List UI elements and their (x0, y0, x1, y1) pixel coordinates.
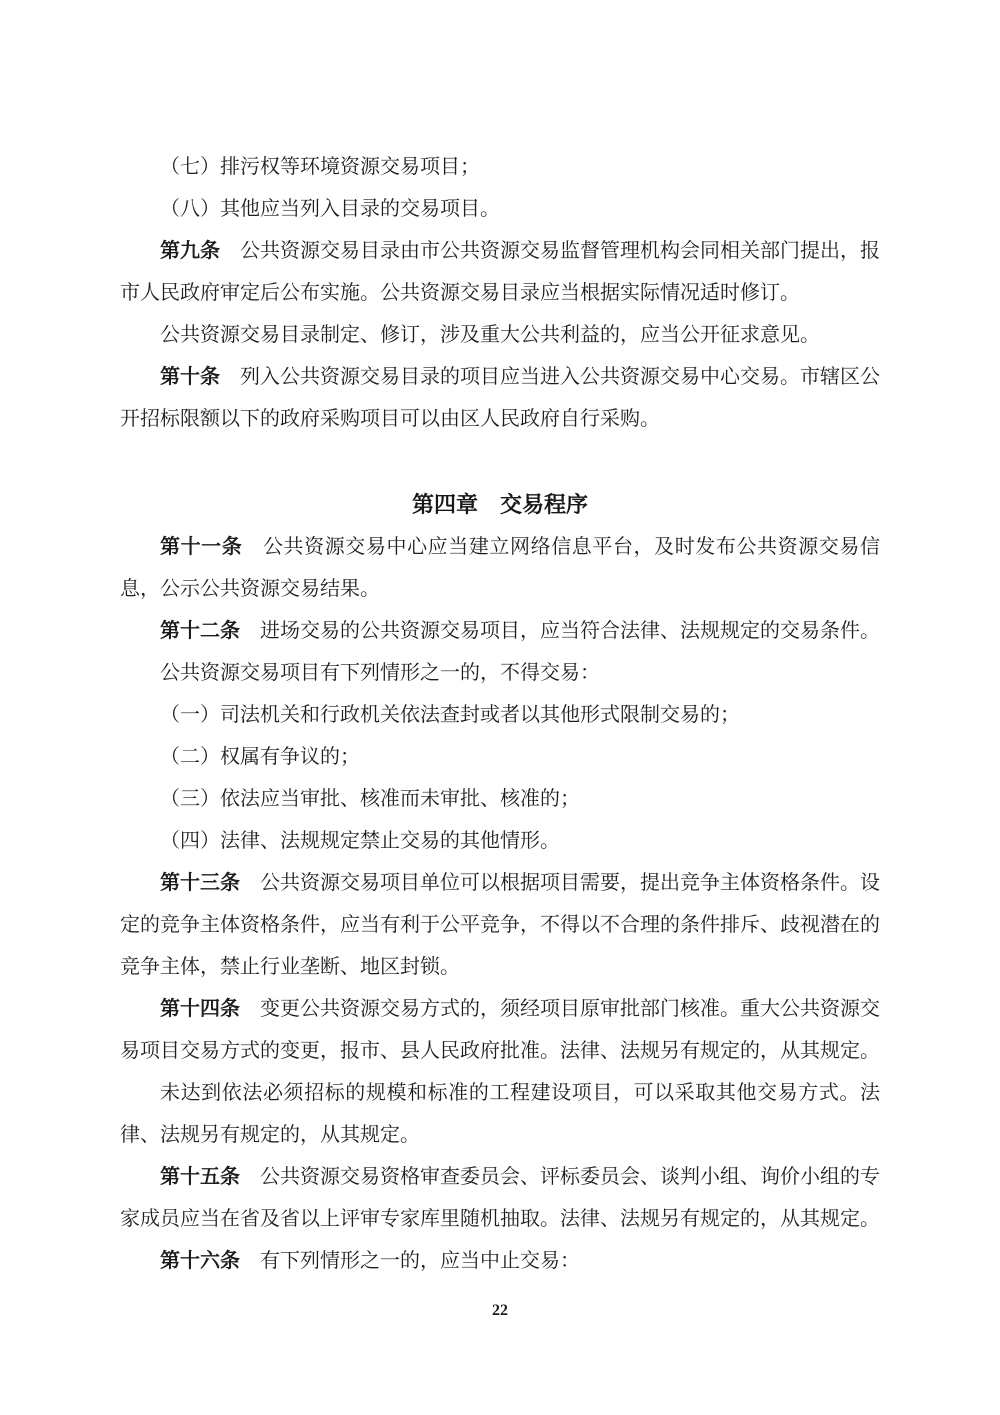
paragraph-text: （一）司法机关和行政机关依法查封或者以其他形式限制交易的； (160, 704, 740, 726)
paragraph: 公共资源交易目录制定、修订，涉及重大公共利益的，应当公开征求意见。 (120, 314, 880, 356)
paragraph-text: （四）法律、法规规定禁止交易的其他情形。 (160, 830, 560, 852)
article-paragraph: 第十三条公共资源交易项目单位可以根据项目需要，提出竞争主体资格条件。设定的竞争主… (120, 862, 880, 988)
list-item: （八）其他应当列入目录的交易项目。 (120, 188, 880, 230)
article-paragraph: 第十二条进场交易的公共资源交易项目，应当符合法律、法规规定的交易条件。 (120, 610, 880, 652)
list-item: （三）依法应当审批、核准而未审批、核准的； (120, 778, 880, 820)
paragraph-text: （八）其他应当列入目录的交易项目。 (160, 198, 500, 220)
page-number: 22 (0, 1302, 1000, 1320)
article-number: 第十一条 (160, 536, 263, 558)
article-number: 第十二条 (160, 620, 260, 642)
article-number: 第九条 (160, 240, 240, 262)
document-content: （七）排污权等环境资源交易项目； （八）其他应当列入目录的交易项目。 第九条公共… (120, 146, 880, 1282)
list-item: （二）权属有争议的； (120, 736, 880, 778)
article-number: 第十五条 (160, 1166, 260, 1188)
article-paragraph: 第十五条公共资源交易资格审查委员会、评标委员会、谈判小组、询价小组的专家成员应当… (120, 1156, 880, 1240)
article-number: 第十三条 (160, 872, 260, 894)
article-number: 第十条 (160, 366, 240, 388)
paragraph-text: 公共资源交易项目有下列情形之一的，不得交易： (160, 662, 600, 684)
paragraph: 公共资源交易项目有下列情形之一的，不得交易： (120, 652, 880, 694)
paragraph: 未达到依法必须招标的规模和标准的工程建设项目，可以采取其他交易方式。法律、法规另… (120, 1072, 880, 1156)
list-item: （四）法律、法规规定禁止交易的其他情形。 (120, 820, 880, 862)
chapter-heading: 第四章 交易程序 (120, 484, 880, 526)
paragraph-text: （二）权属有争议的； (160, 746, 360, 768)
article-paragraph: 第十条列入公共资源交易目录的项目应当进入公共资源交易中心交易。市辖区公开招标限额… (120, 356, 880, 440)
list-item: （一）司法机关和行政机关依法查封或者以其他形式限制交易的； (120, 694, 880, 736)
article-paragraph: 第九条公共资源交易目录由市公共资源交易监督管理机构会同相关部门提出，报市人民政府… (120, 230, 880, 314)
article-paragraph: 第十四条变更公共资源交易方式的，须经项目原审批部门核准。重大公共资源交易项目交易… (120, 988, 880, 1072)
paragraph-text: （三）依法应当审批、核准而未审批、核准的； (160, 788, 580, 810)
paragraph-text: 未达到依法必须招标的规模和标准的工程建设项目，可以采取其他交易方式。法律、法规另… (120, 1082, 880, 1146)
paragraph-text: 进场交易的公共资源交易项目，应当符合法律、法规规定的交易条件。 (260, 620, 880, 642)
paragraph-text: 有下列情形之一的，应当中止交易： (260, 1250, 580, 1272)
paragraph-text: 公共资源交易目录制定、修订，涉及重大公共利益的，应当公开征求意见。 (160, 324, 820, 346)
article-paragraph: 第十一条公共资源交易中心应当建立网络信息平台，及时发布公共资源交易信息，公示公共… (120, 526, 880, 610)
list-item: （七）排污权等环境资源交易项目； (120, 146, 880, 188)
document-page: （七）排污权等环境资源交易项目； （八）其他应当列入目录的交易项目。 第九条公共… (0, 0, 1000, 1415)
paragraph-text: （七）排污权等环境资源交易项目； (160, 156, 480, 178)
article-paragraph: 第十六条有下列情形之一的，应当中止交易： (120, 1240, 880, 1282)
article-number: 第十四条 (160, 998, 260, 1020)
article-number: 第十六条 (160, 1250, 260, 1272)
